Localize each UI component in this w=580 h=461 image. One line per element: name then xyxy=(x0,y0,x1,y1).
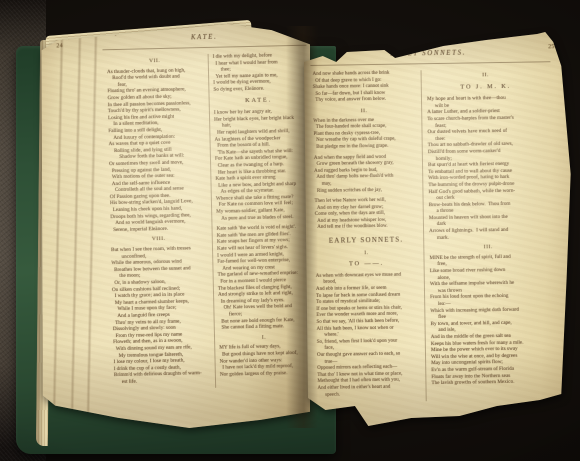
stanza: MY life is full of weary days, But good … xyxy=(219,343,310,378)
stanza: And now shake hands across the brink Of … xyxy=(313,70,416,105)
left-page-content: 24 1 KATE. VII.As thunder-clouds that, h… xyxy=(106,26,302,30)
header-rule xyxy=(310,61,550,66)
left-page-surface: 24 1 KATE. VII.As thunder-clouds that, h… xyxy=(36,22,310,428)
poem-line: As pure and true as blades of steel. xyxy=(216,213,306,222)
stanza: As when with downcast eyes we muse and b… xyxy=(316,272,420,399)
left-page-folio: 24 1 KATE. xyxy=(106,26,302,30)
section-number: II. xyxy=(313,107,415,115)
column-rule xyxy=(420,70,426,401)
left-running-header: KATE. xyxy=(106,32,302,43)
poem-line: Ring sudden scritches of the jay, xyxy=(314,187,416,195)
stanza: MINE be the strength of spirit, full and… xyxy=(429,253,549,387)
right-page-content: EARLY SONNETS. 25 And now shake hands ac… xyxy=(312,34,562,38)
book-photo: 24 1 KATE. VII.As thunder-clouds that, h… xyxy=(0,0,580,461)
poem-line: Serene, imperial Eleänore. xyxy=(110,225,206,234)
poem-line: est life. xyxy=(114,377,210,386)
section-number: III. xyxy=(429,244,547,252)
page-crease xyxy=(52,22,65,428)
poem-line: And tell me if the woodbines blow. xyxy=(315,224,417,232)
right-page-folio: EARLY SONNETS. 25 xyxy=(312,34,562,38)
left-page: 24 1 KATE. VII.As thunder-clouds that, h… xyxy=(36,22,310,428)
right-page-columns: And now shake hands across the brink Of … xyxy=(313,68,550,403)
stanza: I die with my delight, before I hear wha… xyxy=(213,52,304,94)
header-rule xyxy=(102,45,306,51)
poem-line: But pledge me in the flowing grape. xyxy=(314,143,416,151)
section-number: II. xyxy=(427,71,545,79)
poem-line: Nor golden largess of thy praise. xyxy=(220,369,310,378)
page-crease xyxy=(86,22,99,428)
section-number: I. xyxy=(315,249,417,257)
right-page-number: 25 xyxy=(548,44,555,50)
stanza: But when I see thee roam, with tresses u… xyxy=(111,245,210,386)
poem-line: Thy voice, and answer from below. xyxy=(313,97,415,105)
section-number: I. xyxy=(219,333,309,342)
stanza: When in the darkness over me The four-ha… xyxy=(313,117,416,152)
left-page-column-2: I die with my delight, before I hear wha… xyxy=(213,52,310,382)
right-running-header: EARLY SONNETS. xyxy=(312,48,544,59)
stanza: As thunder-clouds that, hung on high, Ro… xyxy=(107,67,207,234)
stanza: Kate saith 'the world is void of might'.… xyxy=(216,224,308,332)
right-page-surface: EARLY SONNETS. 25 And now shake hands ac… xyxy=(304,30,572,430)
left-page-column-1: VII.As thunder-clouds that, hung on high… xyxy=(107,54,211,390)
stanza: I know her by her angry air,Her bright b… xyxy=(214,108,307,222)
left-page-number: 24 xyxy=(56,43,63,49)
stanza: And when the sappy field and wood Grow g… xyxy=(314,154,417,195)
page-crease xyxy=(70,22,83,428)
left-page-columns: VII.As thunder-clouds that, hung on high… xyxy=(107,52,311,390)
poem-title: TO ——. xyxy=(316,261,418,269)
poem-title: KATE. xyxy=(214,96,304,105)
right-page: EARLY SONNETS. 25 And now shake hands ac… xyxy=(304,30,572,430)
section-number: VIII. xyxy=(111,235,207,244)
poem-line: So dying ever, Eleänore. xyxy=(213,85,303,94)
poem-line: The lavish growths of southern Mexico. xyxy=(431,378,549,386)
poem-line: mark. xyxy=(429,233,547,241)
stanza: My hope and heart is with thee—thou wilt… xyxy=(427,94,547,241)
right-page-column-1: And now shake hands across the brink Of … xyxy=(313,70,420,403)
right-page-column-2: II.TO J. M. K.My hope and heart is with … xyxy=(427,68,550,391)
poem-line: She cannot find a fitting mate. xyxy=(219,323,309,332)
section-number: VII. xyxy=(107,57,203,66)
poem-line: speech. xyxy=(318,391,420,399)
section-heading: EARLY SONNETS. xyxy=(315,237,417,245)
poem-title: TO J. M. K. xyxy=(427,83,545,91)
stanza: Then let wise Nature work her will, And … xyxy=(315,197,418,232)
